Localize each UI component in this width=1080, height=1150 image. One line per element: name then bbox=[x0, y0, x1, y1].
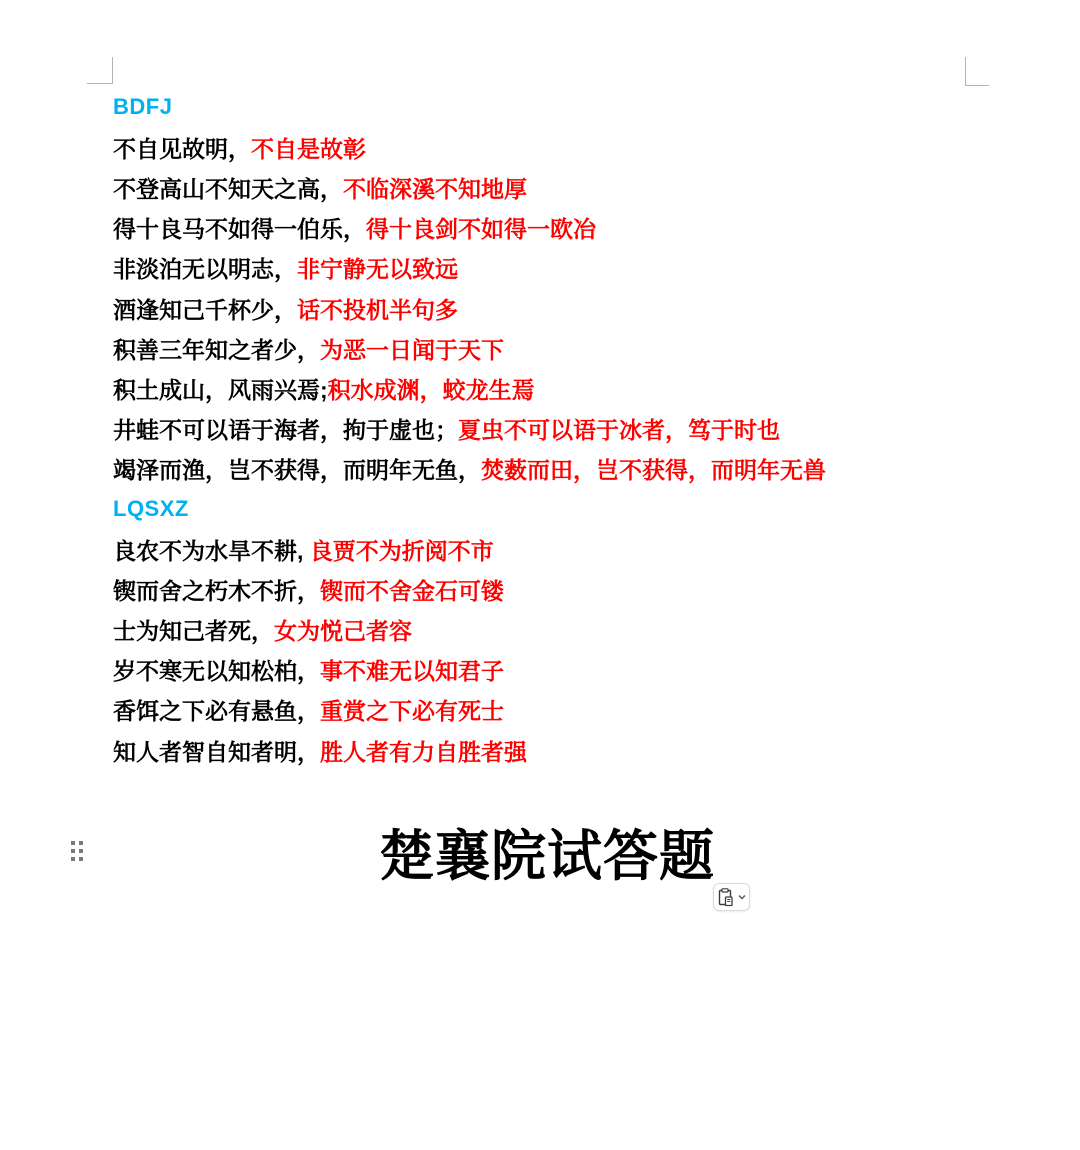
text-red-segment: 不临深溪不知地厚 bbox=[343, 171, 527, 204]
text-line[interactable]: 不登高山不知天之高，不临深溪不知地厚 bbox=[113, 167, 965, 207]
text-red-segment: 得十良剑不如得一欧冶 bbox=[366, 211, 596, 244]
text-red-segment: 重赏之下必有死士 bbox=[320, 693, 504, 726]
text-black-segment: 良农不为水旱不耕, bbox=[113, 533, 310, 566]
text-black-segment: 积善三年知之者少， bbox=[113, 332, 320, 365]
text-boundary-mark-top-left bbox=[87, 83, 113, 84]
text-black-segment: 香饵之下必有悬鱼， bbox=[113, 693, 320, 726]
text-line[interactable]: 不自见故明，不自是故彰 bbox=[113, 127, 965, 167]
text-line[interactable]: 香饵之下必有悬鱼，重赏之下必有死士 bbox=[113, 690, 965, 730]
text-black-segment: 井蛙不可以语于海者，拘于虚也； bbox=[113, 412, 458, 445]
text-red-segment: 为恶一日闻于天下 bbox=[320, 332, 504, 365]
text-black-segment: 锲而舍之朽木不折， bbox=[113, 573, 320, 606]
text-red-segment: 锲而不舍金石可镂 bbox=[320, 573, 504, 606]
text-boundary-mark-top-right bbox=[965, 85, 989, 86]
section-heading-lqsxz[interactable]: LQSXZ bbox=[113, 489, 965, 529]
text-line[interactable]: 积善三年知之者少，为恶一日闻于天下 bbox=[113, 328, 965, 368]
text-black-segment: 知人者智自知者明， bbox=[113, 734, 320, 767]
section-heading-bdfj[interactable]: BDFJ bbox=[113, 87, 965, 127]
text-boundary-mark-top-right bbox=[965, 57, 966, 86]
text-black-segment: 积土成山，风雨兴焉; bbox=[113, 372, 328, 405]
text-line[interactable]: 知人者智自知者明，胜人者有力自胜者强 bbox=[113, 730, 965, 770]
text-black-segment: 士为知己者死， bbox=[113, 613, 274, 646]
text-line[interactable]: 非淡泊无以明志，非宁静无以致远 bbox=[113, 248, 965, 288]
text-red-segment: 女为悦己者容 bbox=[274, 613, 412, 646]
text-black-segment: 得十良马不如得一伯乐， bbox=[113, 211, 366, 244]
text-black-segment: 岁不寒无以知松柏， bbox=[113, 653, 320, 686]
text-red-segment: 焚薮而田，岂不获得，而明年无兽 bbox=[481, 452, 826, 485]
text-black-segment: 非淡泊无以明志， bbox=[113, 251, 297, 284]
text-black-segment: 不自见故明， bbox=[113, 131, 251, 164]
text-line[interactable]: 锲而舍之朽木不折，锲而不舍金石可镂 bbox=[113, 569, 965, 609]
text-red-segment: 良贾不为折阅不市 bbox=[310, 533, 494, 566]
text-line[interactable]: 酒逢知己千杯少，话不投机半句多 bbox=[113, 288, 965, 328]
text-black-segment: 竭泽而渔，岂不获得，而明年无鱼， bbox=[113, 452, 481, 485]
text-red-segment: 夏虫不可以语于冰者，笃于时也 bbox=[458, 412, 780, 445]
text-line[interactable]: 井蛙不可以语于海者，拘于虚也；夏虫不可以语于冰者，笃于时也 bbox=[113, 409, 965, 449]
text-black-segment: 酒逢知己千杯少， bbox=[113, 292, 297, 325]
text-red-segment: 话不投机半句多 bbox=[297, 292, 458, 325]
text-line[interactable]: 积土成山，风雨兴焉;积水成渊，蛟龙生焉 bbox=[113, 368, 965, 408]
chevron-down-icon bbox=[738, 894, 746, 900]
text-line[interactable]: 士为知己者死，女为悦己者容 bbox=[113, 609, 965, 649]
text-boundary-mark-top-left bbox=[112, 57, 113, 84]
text-red-segment: 事不难无以知君子 bbox=[320, 653, 504, 686]
text-line[interactable]: 得十良马不如得一伯乐，得十良剑不如得一欧冶 bbox=[113, 208, 965, 248]
text-red-segment: 不自是故彰 bbox=[251, 131, 366, 164]
paste-options-button[interactable] bbox=[713, 883, 750, 911]
text-red-segment: 积水成渊，蛟龙生焉 bbox=[328, 372, 535, 405]
text-line[interactable]: 竭泽而渔，岂不获得，而明年无鱼，焚薮而田，岂不获得，而明年无兽 bbox=[113, 449, 965, 489]
clipboard-icon bbox=[718, 888, 735, 907]
text-red-segment: 非宁静无以致远 bbox=[297, 251, 458, 284]
text-red-segment: 胜人者有力自胜者强 bbox=[320, 734, 527, 767]
document-title[interactable]: 楚襄院试答题 bbox=[121, 812, 973, 891]
drag-handle-icon[interactable] bbox=[71, 841, 83, 861]
text-black-segment: 不登高山不知天之高， bbox=[113, 171, 343, 204]
document-text: BDFJ 不自见故明，不自是故彰 不登高山不知天之高，不临深溪不知地厚 得十良马… bbox=[113, 87, 965, 770]
text-line[interactable]: 岁不寒无以知松柏，事不难无以知君子 bbox=[113, 650, 965, 690]
text-line[interactable]: 良农不为水旱不耕, 良贾不为折阅不市 bbox=[113, 529, 965, 569]
